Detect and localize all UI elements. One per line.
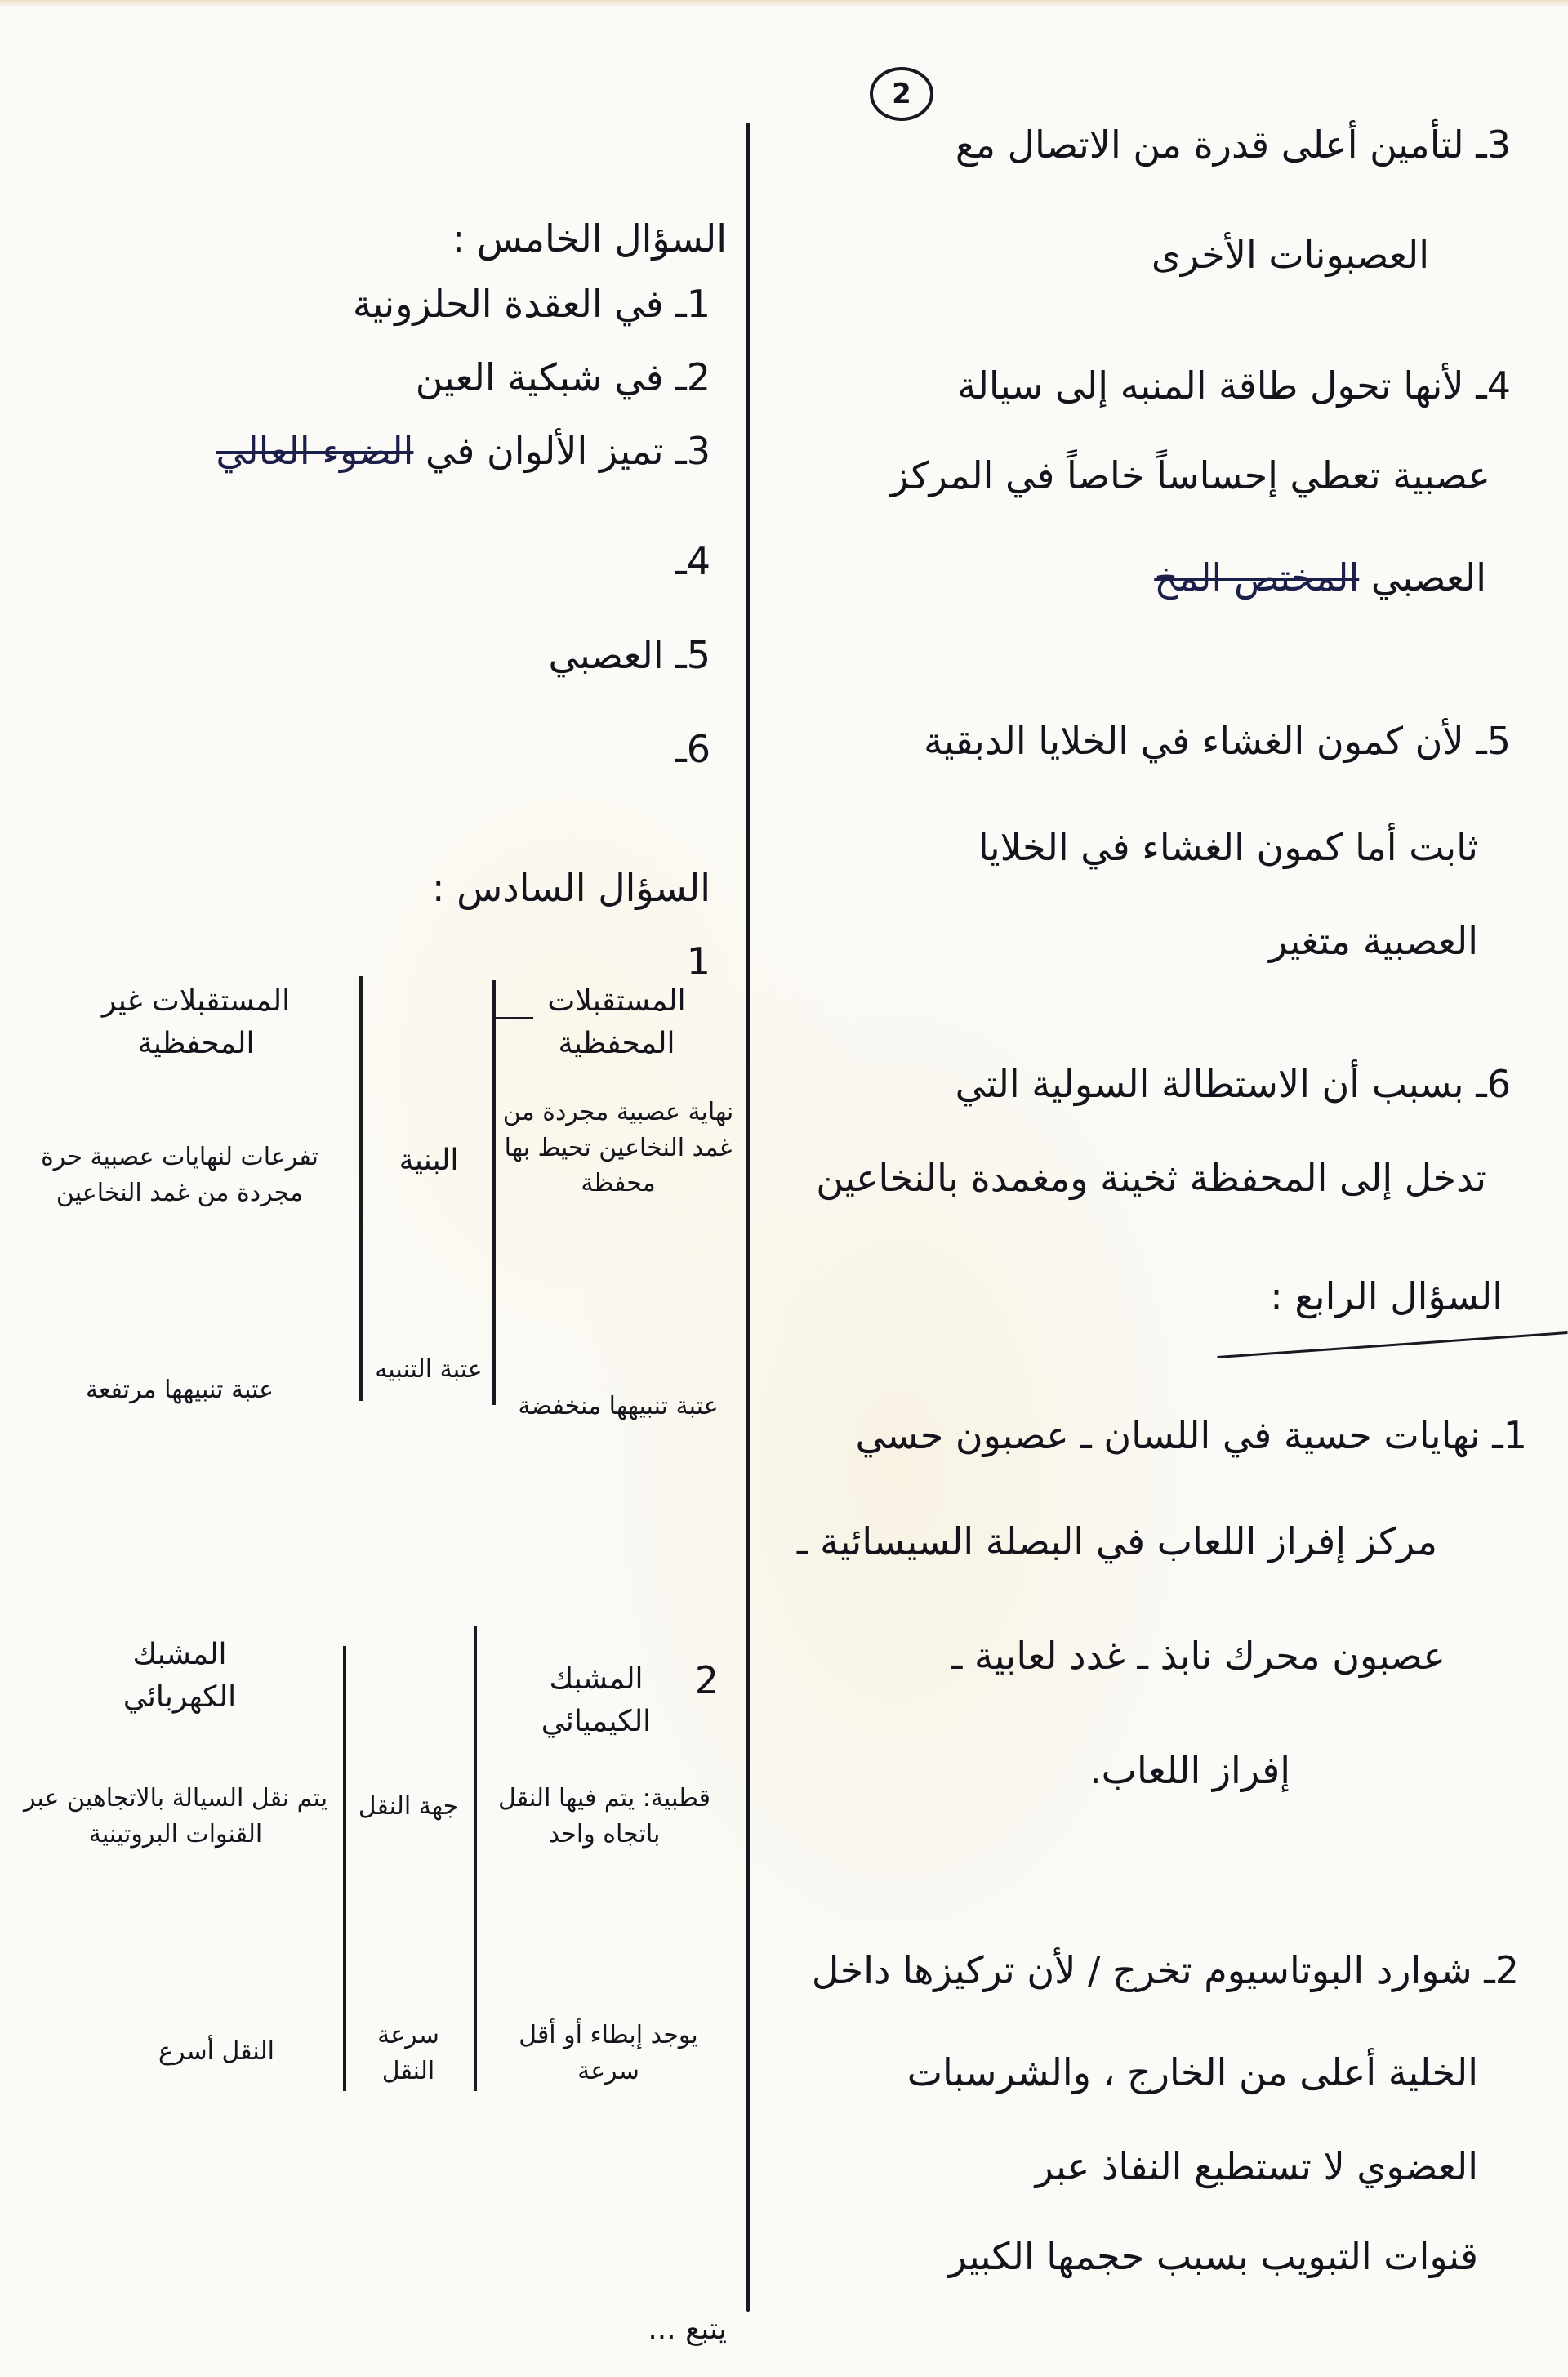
q4-answer-2-line-4: قنوات التبويب بسبب حجمها الكبير xyxy=(948,2234,1478,2279)
q5-answer-6: 6ـ xyxy=(675,727,710,772)
table2-direction-electrical: يتم نقل السيالة بالاتجاهين عبر القنوات ا… xyxy=(16,1781,335,1852)
q4-answer-1-line-2: مركز إفراز اللعاب في البصلة السيسائية ـ xyxy=(797,1519,1437,1564)
struck-text: الضوء العالي xyxy=(216,429,413,473)
table1-structure-non-encapsulated: تفرعات لنهايات عصبية حرة مجردة من غمد ال… xyxy=(8,1139,351,1211)
answer-6-line-2: تدخل إلى المحفظة ثخينة ومغمدة بالنخاعين xyxy=(816,1156,1486,1201)
answer-4-line-1: 4ـ لأنها تحول طاقة المنبه إلى سيالة xyxy=(957,363,1511,408)
table2-header-electrical: المشبك الكهربائي xyxy=(73,1634,286,1719)
answer-4-line-2: عصبية تعطي إحساساً خاصاً في المركز xyxy=(890,453,1490,498)
table2-speed-chemical: يوجد إبطاء أو أقل سرعة xyxy=(490,2018,727,2089)
table2-direction-chemical: قطبية: يتم فيها النقل باتجاه واحد xyxy=(482,1781,727,1852)
answer-5-line-1: 5ـ لأن كمون الغشاء في الخلايا الدبقية xyxy=(924,719,1511,764)
q5-answer-2: 2ـ في شبكية العين xyxy=(416,355,710,400)
table1-divider-left xyxy=(359,976,363,1401)
answer-5-line-2: ثابت أما كمون الغشاء في الخلايا xyxy=(978,825,1478,870)
table2-speed-electrical: النقل أسرع xyxy=(106,2034,327,2070)
table1-criterion-structure: البنية xyxy=(372,1139,486,1182)
table2-divider-right xyxy=(474,1626,477,2091)
answer-6-line-1: 6ـ بسبب أن الاستطالة السولية التي xyxy=(955,1062,1511,1107)
q5-answer-1: 1ـ في العقدة الحلزونية xyxy=(353,282,710,327)
paper-edge xyxy=(0,0,1568,7)
table1-label: 1 xyxy=(687,939,710,984)
q4-answer-1-line-1: 1ـ نهايات حسية في اللسان ـ عصبون حسي xyxy=(855,1413,1527,1458)
q5-answer-3: 3ـ تميز الألوان في الضوء العالي xyxy=(216,429,710,474)
table1-structure-encapsulated: نهاية عصبية مجردة من غمد النخاعين تحيط ب… xyxy=(500,1095,737,1202)
table1-header-encapsulated: المستقبلات المحفظية xyxy=(506,980,727,1065)
answer-4-line-3: العصبي المختص المخ xyxy=(1154,555,1486,600)
q5-answer-5: 5ـ العصبي xyxy=(549,633,711,678)
q6-heading: السؤال السادس : xyxy=(432,866,710,911)
table1-divider-right xyxy=(492,980,496,1405)
answer-3-line-1: 3ـ لتأمين أعلى قدرة من الاتصال مع xyxy=(955,123,1511,167)
q4-heading: السؤال الرابع : xyxy=(1270,1274,1503,1319)
table1-threshold-non-encapsulated: عتبة تنبيهها مرتفعة xyxy=(16,1372,343,1408)
column-divider xyxy=(746,123,750,2312)
table2-criterion-direction: جهة النقل xyxy=(351,1789,465,1825)
table1-threshold-encapsulated: عتبة تنبيهها منخفضة xyxy=(500,1389,737,1425)
q5-heading: السؤال الخامس : xyxy=(452,216,727,261)
page-number: 2 xyxy=(892,78,911,110)
page-number-circle: 2 xyxy=(870,67,933,121)
continue-note: يتبع ... xyxy=(648,2312,727,2347)
struck-text: المختص المخ xyxy=(1154,555,1359,600)
table1-header-non-encapsulated: المستقبلات غير المحفظية xyxy=(49,980,343,1065)
q4-answer-2-line-1: 2ـ شوارد البوتاسيوم تخرج / لأن تركيزها د… xyxy=(812,1948,1519,1993)
q4-answer-2-line-3: العضوي لا تستطيع النفاذ عبر xyxy=(1036,2144,1478,2189)
table2-criterion-speed: سرعة النقل xyxy=(351,2018,465,2089)
table2-divider-left xyxy=(343,1646,346,2091)
table2-header-chemical: المشبك الكيميائي xyxy=(490,1658,702,1743)
q4-answer-2-line-2: الخلية أعلى من الخارج ، والشرسبات xyxy=(907,2050,1478,2095)
q5-answer-4: 4ـ xyxy=(675,539,710,584)
q4-answer-1-line-3: عصبون محرك نابذ ـ غدد لعابية ـ xyxy=(951,1634,1445,1679)
table1-criterion-threshold: عتبة التنبيه xyxy=(372,1352,486,1388)
q4-answer-1-line-4: إفراز اللعاب. xyxy=(1089,1748,1290,1793)
answer-3-line-2: العصبونات الأخرى xyxy=(1151,233,1429,278)
answer-5-line-3: العصبية متغير xyxy=(1269,919,1478,964)
